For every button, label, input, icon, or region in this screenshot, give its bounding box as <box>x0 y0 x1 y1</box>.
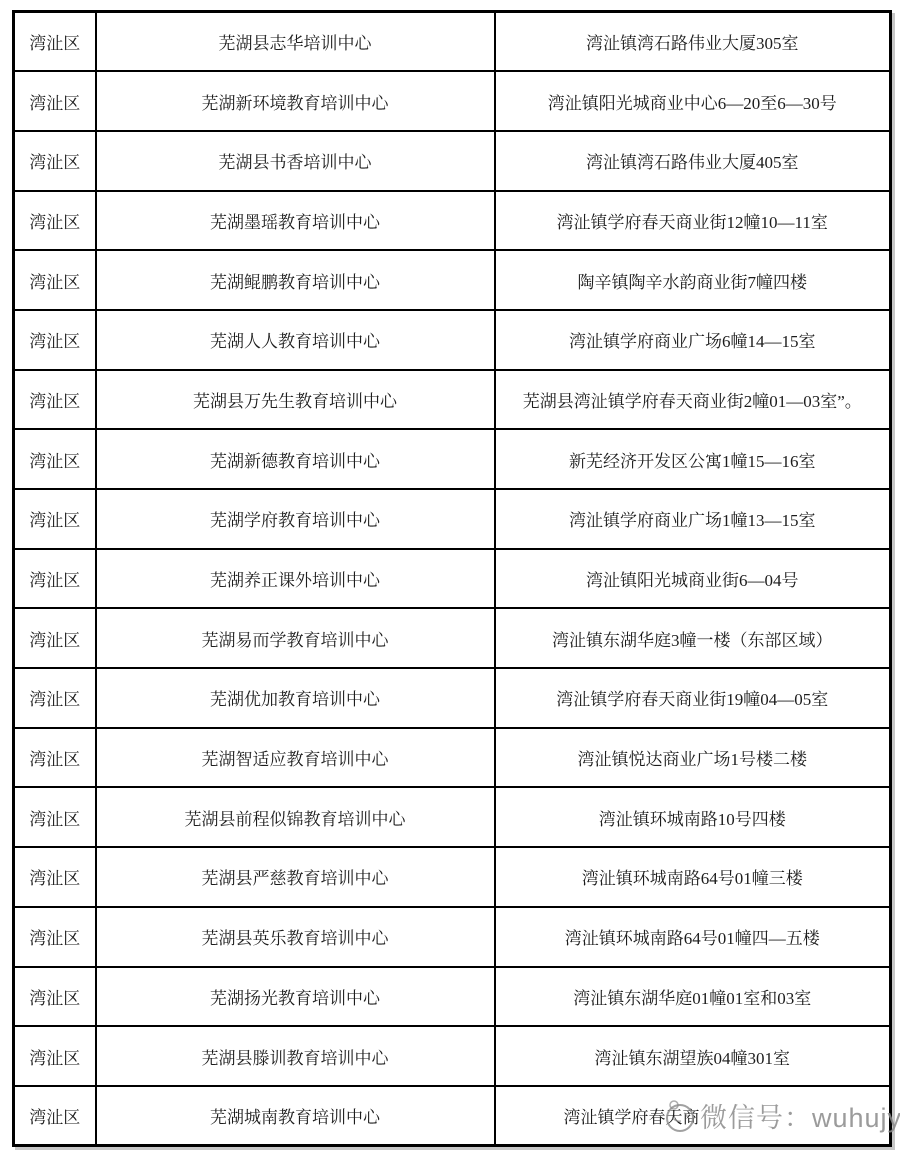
address-cell: 湾沚镇学府春天商业街19幢04—05室 <box>495 668 891 728</box>
address-cell: 新芜经济开发区公寓1幢15—16室 <box>495 429 891 489</box>
district-cell: 湾沚区 <box>14 1086 96 1146</box>
address-cell: 湾沚镇学府商业广场6幢14—15室 <box>495 310 891 370</box>
district-cell: 湾沚区 <box>14 847 96 907</box>
center-name-cell: 芜湖县滕训教育培训中心 <box>96 1026 495 1086</box>
district-cell: 湾沚区 <box>14 668 96 728</box>
center-name-cell: 芜湖新环境教育培训中心 <box>96 71 495 131</box>
district-cell: 湾沚区 <box>14 489 96 549</box>
address-cell: 湾沚镇悦达商业广场1号楼二楼 <box>495 728 891 788</box>
table-row: 湾沚区芜湖易而学教育培训中心湾沚镇东湖华庭3幢一楼（东部区域） <box>14 608 891 668</box>
center-name-cell: 芜湖县万先生教育培训中心 <box>96 370 495 430</box>
address-cell: 湾沚镇东湖华庭3幢一楼（东部区域） <box>495 608 891 668</box>
address-cell: 湾沚镇阳光城商业街6—04号 <box>495 549 891 609</box>
table-row: 湾沚区芜湖新环境教育培训中心湾沚镇阳光城商业中心6—20至6—30号 <box>14 71 891 131</box>
address-cell: 湾沚镇学府春天商业街12幢10—11室 <box>495 191 891 251</box>
table-row: 湾沚区芜湖县志华培训中心湾沚镇湾石路伟业大厦305室 <box>14 12 891 72</box>
district-cell: 湾沚区 <box>14 429 96 489</box>
district-cell: 湾沚区 <box>14 71 96 131</box>
district-cell: 湾沚区 <box>14 370 96 430</box>
district-cell: 湾沚区 <box>14 1026 96 1086</box>
district-cell: 湾沚区 <box>14 250 96 310</box>
district-cell: 湾沚区 <box>14 12 96 72</box>
table-row: 湾沚区芜湖鲲鹏教育培训中心陶辛镇陶辛水韵商业街7幢四楼 <box>14 250 891 310</box>
district-cell: 湾沚区 <box>14 131 96 191</box>
table-body: 湾沚区芜湖县志华培训中心湾沚镇湾石路伟业大厦305室湾沚区芜湖新环境教育培训中心… <box>14 12 891 1146</box>
address-cell: 湾沚镇环城南路64号01幢三楼 <box>495 847 891 907</box>
center-name-cell: 芜湖县志华培训中心 <box>96 12 495 72</box>
address-cell: 湾沚镇学府商业广场1幢13—15室 <box>495 489 891 549</box>
center-name-cell: 芜湖新德教育培训中心 <box>96 429 495 489</box>
center-name-cell: 芜湖人人教育培训中心 <box>96 310 495 370</box>
address-cell: 湾沚镇环城南路10号四楼 <box>495 787 891 847</box>
center-name-cell: 芜湖智适应教育培训中心 <box>96 728 495 788</box>
table-row: 湾沚区芜湖智适应教育培训中心湾沚镇悦达商业广场1号楼二楼 <box>14 728 891 788</box>
table-row: 湾沚区芜湖县万先生教育培训中心芜湖县湾沚镇学府春天商业街2幢01—03室”。 <box>14 370 891 430</box>
center-name-cell: 芜湖养正课外培训中心 <box>96 549 495 609</box>
table-row: 湾沚区芜湖墨瑶教育培训中心湾沚镇学府春天商业街12幢10—11室 <box>14 191 891 251</box>
address-cell: 湾沚镇阳光城商业中心6—20至6—30号 <box>495 71 891 131</box>
training-centers-table: 湾沚区芜湖县志华培训中心湾沚镇湾石路伟业大厦305室湾沚区芜湖新环境教育培训中心… <box>12 10 892 1147</box>
address-cell: 湾沚镇东湖华庭01幢01室和03室 <box>495 967 891 1027</box>
address-cell: 湾沚镇湾石路伟业大厦405室 <box>495 131 891 191</box>
table-row: 湾沚区芜湖新德教育培训中心新芜经济开发区公寓1幢15—16室 <box>14 429 891 489</box>
center-name-cell: 芜湖县严慈教育培训中心 <box>96 847 495 907</box>
address-cell: 湾沚镇环城南路64号01幢四—五楼 <box>495 907 891 967</box>
table-row: 湾沚区芜湖县严慈教育培训中心湾沚镇环城南路64号01幢三楼 <box>14 847 891 907</box>
district-cell: 湾沚区 <box>14 549 96 609</box>
table-row: 湾沚区芜湖县前程似锦教育培训中心湾沚镇环城南路10号四楼 <box>14 787 891 847</box>
address-cell: 湾沚镇学府春天商 <box>495 1086 891 1146</box>
district-cell: 湾沚区 <box>14 310 96 370</box>
center-name-cell: 芜湖县英乐教育培训中心 <box>96 907 495 967</box>
address-cell: 芜湖县湾沚镇学府春天商业街2幢01—03室”。 <box>495 370 891 430</box>
district-cell: 湾沚区 <box>14 787 96 847</box>
center-name-cell: 芜湖墨瑶教育培训中心 <box>96 191 495 251</box>
table-row: 湾沚区芜湖扬光教育培训中心湾沚镇东湖华庭01幢01室和03室 <box>14 967 891 1027</box>
table-row: 湾沚区芜湖县滕训教育培训中心湾沚镇东湖望族04幢301室 <box>14 1026 891 1086</box>
table-row: 湾沚区芜湖学府教育培训中心湾沚镇学府商业广场1幢13—15室 <box>14 489 891 549</box>
table-row: 湾沚区芜湖县英乐教育培训中心湾沚镇环城南路64号01幢四—五楼 <box>14 907 891 967</box>
center-name-cell: 芜湖易而学教育培训中心 <box>96 608 495 668</box>
district-cell: 湾沚区 <box>14 608 96 668</box>
center-name-cell: 芜湖扬光教育培训中心 <box>96 967 495 1027</box>
district-cell: 湾沚区 <box>14 191 96 251</box>
center-name-cell: 芜湖优加教育培训中心 <box>96 668 495 728</box>
table-row: 湾沚区芜湖县书香培训中心湾沚镇湾石路伟业大厦405室 <box>14 131 891 191</box>
center-name-cell: 芜湖城南教育培训中心 <box>96 1086 495 1146</box>
district-cell: 湾沚区 <box>14 907 96 967</box>
table-row: 湾沚区芜湖城南教育培训中心湾沚镇学府春天商 <box>14 1086 891 1146</box>
center-name-cell: 芜湖鲲鹏教育培训中心 <box>96 250 495 310</box>
center-name-cell: 芜湖县书香培训中心 <box>96 131 495 191</box>
table-row: 湾沚区芜湖人人教育培训中心湾沚镇学府商业广场6幢14—15室 <box>14 310 891 370</box>
address-cell: 湾沚镇湾石路伟业大厦305室 <box>495 12 891 72</box>
address-cell: 湾沚镇东湖望族04幢301室 <box>495 1026 891 1086</box>
district-cell: 湾沚区 <box>14 967 96 1027</box>
center-name-cell: 芜湖县前程似锦教育培训中心 <box>96 787 495 847</box>
table-row: 湾沚区芜湖养正课外培训中心湾沚镇阳光城商业街6—04号 <box>14 549 891 609</box>
center-name-cell: 芜湖学府教育培训中心 <box>96 489 495 549</box>
district-cell: 湾沚区 <box>14 728 96 788</box>
table-row: 湾沚区芜湖优加教育培训中心湾沚镇学府春天商业街19幢04—05室 <box>14 668 891 728</box>
address-cell: 陶辛镇陶辛水韵商业街7幢四楼 <box>495 250 891 310</box>
